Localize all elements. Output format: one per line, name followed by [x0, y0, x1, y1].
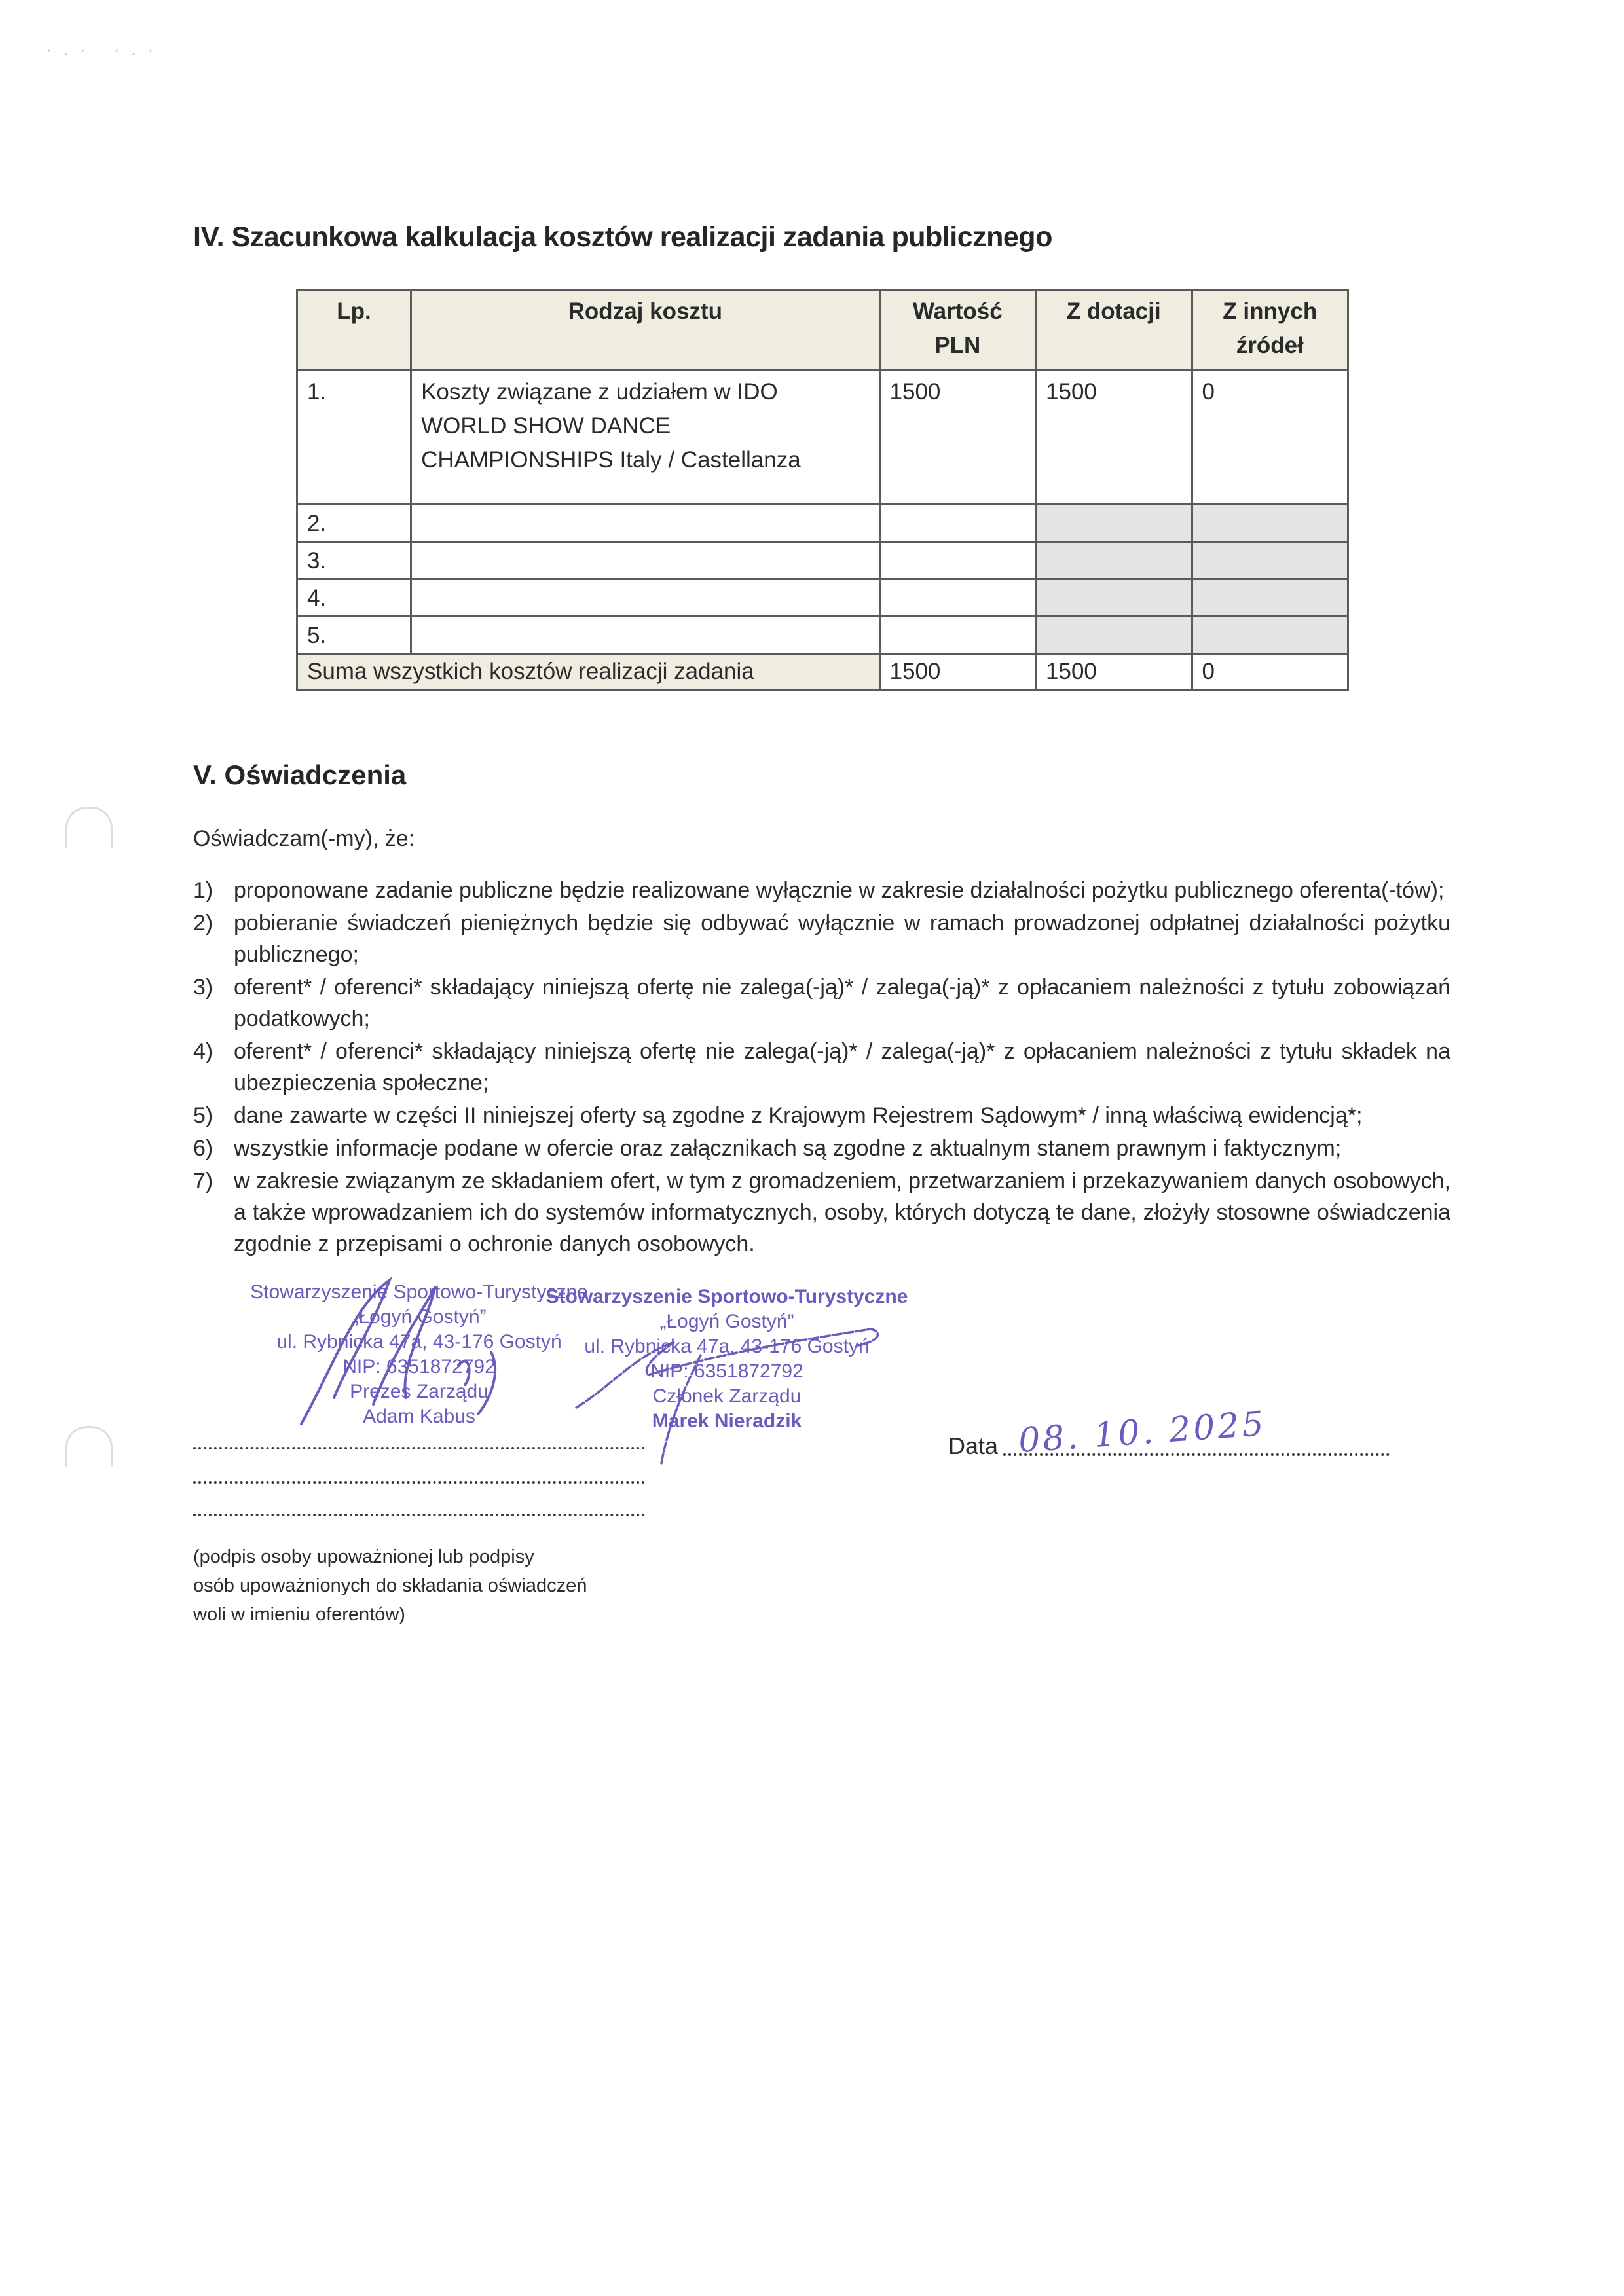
cell-cost-type [411, 505, 879, 542]
section-title-statements: V. Oświadczenia [193, 759, 406, 791]
cell-lp: 5. [297, 617, 411, 654]
item-text: pobieranie świadczeń pieniężnych będzie … [234, 911, 1450, 967]
cell-grant [1036, 579, 1192, 617]
signature-caption: (podpis osoby upoważnionej lub podpisy o… [193, 1542, 587, 1629]
cell-other: 0 [1192, 371, 1348, 505]
cell-lp: 1. [297, 371, 411, 505]
header-cost-type: Rodzaj kosztu [411, 290, 879, 371]
signature-line [193, 1447, 645, 1449]
cell-cost-type: Koszty związane z udziałem w IDO WORLD S… [411, 371, 879, 505]
signature-right [570, 1316, 910, 1467]
signature-left [275, 1267, 550, 1437]
item-text: proponowane zadanie publiczne będzie rea… [234, 878, 1444, 903]
item-text: dane zawarte w części II niniejszej ofer… [234, 1103, 1362, 1128]
item-number: 4) [193, 1036, 213, 1067]
caption-line: (podpis osoby upoważnionej lub podpisy [193, 1542, 587, 1571]
list-item: 4)oferent* / oferenci* składający niniej… [193, 1036, 1450, 1099]
header-grant: Z dotacji [1036, 290, 1192, 371]
signature-line [193, 1514, 645, 1516]
total-label: Suma wszystkich kosztów realizacji zadan… [297, 654, 880, 690]
scan-artifact: ·.· ·.· [46, 39, 165, 60]
total-value: 1500 [879, 654, 1035, 690]
table-header-row: Lp. Rodzaj kosztu Wartość PLN Z dotacji … [297, 290, 1348, 371]
statements-intro: Oświadczam(-my), że: [193, 826, 415, 852]
list-item: 5)dane zawarte w części II niniejszej of… [193, 1100, 1450, 1131]
caption-line: woli w imieniu oferentów) [193, 1600, 587, 1629]
list-item: 6)wszystkie informacje podane w ofercie … [193, 1133, 1450, 1164]
cell-grant: 1500 [1036, 371, 1192, 505]
table-row: 2. [297, 505, 1348, 542]
item-number: 3) [193, 972, 213, 1003]
punch-hole-mark [65, 1426, 113, 1467]
header-lp: Lp. [297, 290, 411, 371]
date-handwritten: 08. 10. 2025 [1017, 1404, 1267, 1461]
cell-value: 1500 [879, 371, 1035, 505]
item-text: oferent* / oferenci* składający niniejsz… [234, 1039, 1450, 1095]
list-item: 1)proponowane zadanie publiczne będzie r… [193, 875, 1450, 906]
cell-value [879, 617, 1035, 654]
cell-grant [1036, 542, 1192, 579]
header-value: Wartość PLN [879, 290, 1035, 371]
section-title-cost-estimate: IV. Szacunkowa kalkulacja kosztów realiz… [193, 221, 1052, 253]
item-text: wszystkie informacje podane w ofercie or… [234, 1136, 1341, 1161]
cell-grant [1036, 617, 1192, 654]
item-number: 5) [193, 1100, 213, 1131]
cell-cost-type [411, 617, 879, 654]
cell-other [1192, 617, 1348, 654]
total-grant: 1500 [1036, 654, 1192, 690]
cell-cost-type [411, 579, 879, 617]
total-other: 0 [1192, 654, 1348, 690]
stamp-org: Stowarzyszenie Sportowo-Turystyczne [544, 1285, 910, 1309]
caption-line: osób upoważnionych do składania oświadcz… [193, 1571, 587, 1600]
table-total-row: Suma wszystkich kosztów realizacji zadan… [297, 654, 1348, 690]
punch-hole-mark [65, 807, 113, 848]
item-number: 1) [193, 875, 213, 906]
cell-lp: 4. [297, 579, 411, 617]
table-row: 3. [297, 542, 1348, 579]
table-row: 1. Koszty związane z udziałem w IDO WORL… [297, 371, 1348, 505]
cell-grant [1036, 505, 1192, 542]
table-row: 5. [297, 617, 1348, 654]
item-text: oferent* / oferenci* składający niniejsz… [234, 975, 1450, 1031]
list-item: 2)pobieranie świadczeń pieniężnych będzi… [193, 907, 1450, 970]
item-number: 7) [193, 1165, 213, 1197]
item-text: w zakresie związanym ze składaniem ofert… [234, 1169, 1450, 1256]
cell-other [1192, 505, 1348, 542]
item-number: 2) [193, 907, 213, 939]
cost-table: Lp. Rodzaj kosztu Wartość PLN Z dotacji … [296, 289, 1349, 691]
item-number: 6) [193, 1133, 213, 1164]
cell-lp: 3. [297, 542, 411, 579]
list-item: 3)oferent* / oferenci* składający niniej… [193, 972, 1450, 1034]
list-item: 7)w zakresie związanym ze składaniem ofe… [193, 1165, 1450, 1260]
cell-value [879, 505, 1035, 542]
statements-list: 1)proponowane zadanie publiczne będzie r… [193, 875, 1450, 1261]
cell-cost-type [411, 542, 879, 579]
cell-value [879, 542, 1035, 579]
date-label: Data [948, 1432, 998, 1460]
cell-other [1192, 542, 1348, 579]
cell-value [879, 579, 1035, 617]
cell-lp: 2. [297, 505, 411, 542]
table-row: 4. [297, 579, 1348, 617]
cell-other [1192, 579, 1348, 617]
signature-line [193, 1481, 645, 1484]
header-other-sources: Z innych źródeł [1192, 290, 1348, 371]
